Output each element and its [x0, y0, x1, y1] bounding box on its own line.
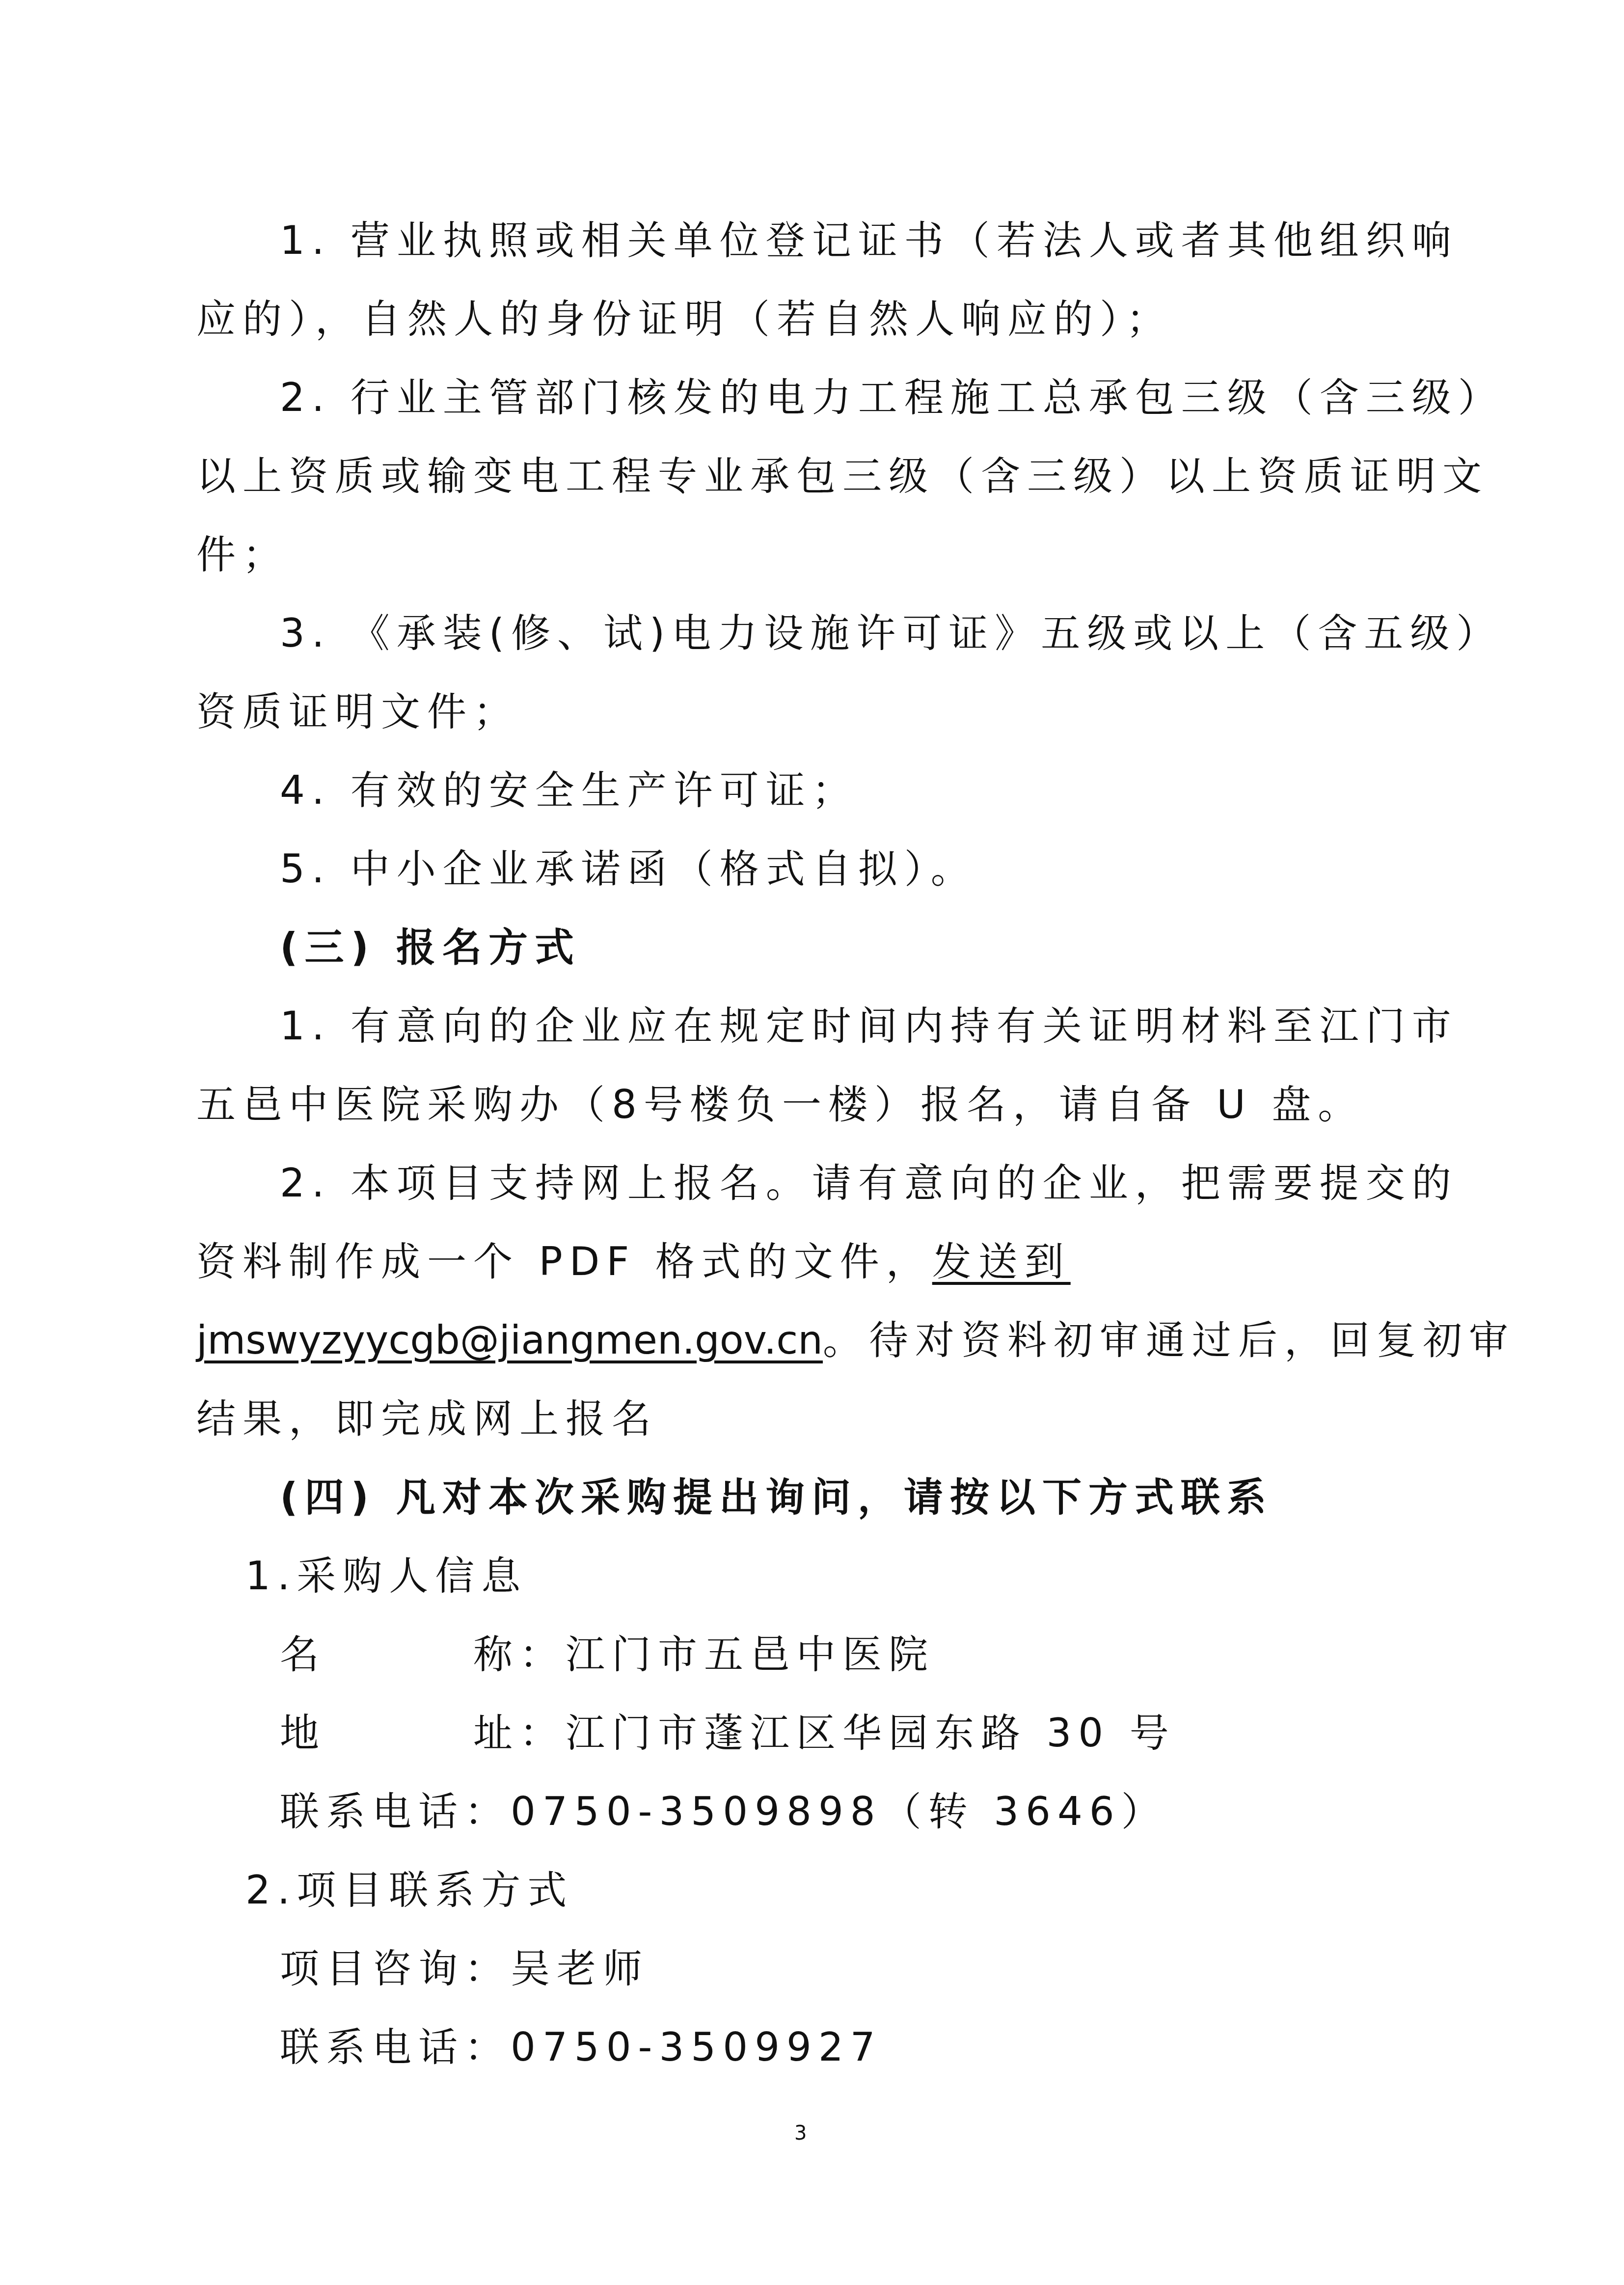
section-3-heading: (三) 报名方式 — [280, 923, 581, 972]
address-label-second-char: 址： — [473, 1710, 566, 1756]
item-number: 4. — [280, 767, 331, 813]
registration-item-2-line-1: 2. 本项目支持网上报名。请有意向的企业，把需要提交的 — [280, 1159, 1458, 1208]
item-text: 《承装(修、试)电力设施许可证》五级或以上（含五级） — [351, 610, 1502, 656]
item-text: 有效的安全生产许可证； — [351, 767, 858, 813]
project-consult-row: 项目咨询：吴老师 — [280, 1944, 649, 1993]
qualification-item-3-line-2: 资质证明文件； — [196, 687, 519, 736]
qualification-item-1-line-2: 应的），自然人的身份证明（若自然人响应的）； — [196, 295, 1172, 344]
item-number: 1. — [280, 218, 331, 263]
qualification-item-3-line-1: 3. 《承装(修、试)电力设施许可证》五级或以上（含五级） — [280, 609, 1502, 658]
consult-label: 项目咨询： — [280, 1946, 511, 1991]
item-number: 1. — [280, 1003, 331, 1049]
registration-item-2-line-3: jmswyzyycgb@jiangmen.gov.cn。待对资料初审通过后，回复… — [196, 1316, 1515, 1365]
purchaser-name: 江门市五邑中医院 — [566, 1632, 935, 1677]
purchaser-address-row: 地址：江门市蓬江区华园东路 30 号 — [280, 1709, 1176, 1758]
purchaser-address: 江门市蓬江区华园东路 30 号 — [566, 1710, 1176, 1756]
qualification-item-2-line-3: 件； — [196, 530, 289, 579]
section-4-heading: (四) 凡对本次采购提出询问，请按以下方式联系 — [280, 1473, 1273, 1522]
document-page: 1. 营业执照或相关单位登记证书（若法人或者其他组织响 应的），自然人的身份证明… — [0, 0, 1624, 2285]
consult-contact-person: 吴老师 — [511, 1946, 649, 1991]
phone-label: 联系电话： — [280, 1789, 511, 1834]
registration-item-1-line-2: 五邑中医院采购办（8号楼负一楼）报名，请自备 U 盘。 — [196, 1080, 1364, 1129]
project-phone: 0750-3509927 — [511, 2024, 882, 2070]
item-text: 有意向的企业应在规定时间内持有关证明材料至江门市 — [351, 1003, 1458, 1049]
item-text: 行业主管部门核发的电力工程施工总承包三级（含三级） — [351, 375, 1504, 420]
item-text: 本项目支持网上报名。请有意向的企业，把需要提交的 — [351, 1160, 1458, 1206]
page-number: 3 — [794, 2121, 807, 2146]
address-label-first-char: 地 — [280, 1710, 326, 1756]
purchaser-name-row: 名称：江门市五邑中医院 — [280, 1630, 935, 1679]
send-to-underlined: 发送到 — [932, 1239, 1071, 1284]
item-number: 2. — [280, 375, 331, 420]
name-label-first-char: 名 — [280, 1632, 326, 1677]
purchaser-phone-row: 联系电话：0750-3509898（转 3646） — [280, 1787, 1167, 1836]
item-text: 。待对资料初审通过后，回复初审 — [823, 1317, 1515, 1363]
item-number: 5. — [280, 846, 331, 892]
item-text: 营业执照或相关单位登记证书（若法人或者其他组织响 — [351, 218, 1458, 263]
name-label-second-char: 称： — [473, 1632, 566, 1677]
item-number: 3. — [280, 610, 331, 656]
qualification-item-1-line-1: 1. 营业执照或相关单位登记证书（若法人或者其他组织响 — [280, 216, 1458, 265]
email-link[interactable]: jmswyzyycgb@jiangmen.gov.cn — [196, 1317, 823, 1363]
purchaser-phone: 0750-3509898（转 3646） — [511, 1789, 1167, 1834]
item-text: 中小企业承诺函（格式自拟）。 — [351, 846, 977, 892]
item-number: 2. — [280, 1160, 331, 1206]
registration-item-1-line-1: 1. 有意向的企业应在规定时间内持有关证明材料至江门市 — [280, 1002, 1458, 1051]
registration-item-2-line-4: 结果，即完成网上报名 — [196, 1394, 658, 1443]
project-contact-title: 2.项目联系方式 — [245, 1866, 573, 1915]
qualification-item-2-line-2: 以上资质或输变电工程专业承包三级（含三级）以上资质证明文 — [196, 452, 1489, 501]
purchaser-info-title: 1.采购人信息 — [245, 1551, 527, 1601]
project-phone-row: 联系电话：0750-3509927 — [280, 2023, 882, 2072]
item-text: 资料制作成一个 PDF 格式的文件， — [196, 1239, 932, 1284]
qualification-item-2-line-1: 2. 行业主管部门核发的电力工程施工总承包三级（含三级） — [280, 373, 1504, 422]
phone-label: 联系电话： — [280, 2024, 511, 2070]
qualification-item-4: 4. 有效的安全生产许可证； — [280, 766, 858, 815]
registration-item-2-line-2: 资料制作成一个 PDF 格式的文件，发送到 — [196, 1237, 1071, 1286]
qualification-item-5: 5. 中小企业承诺函（格式自拟）。 — [280, 844, 977, 894]
